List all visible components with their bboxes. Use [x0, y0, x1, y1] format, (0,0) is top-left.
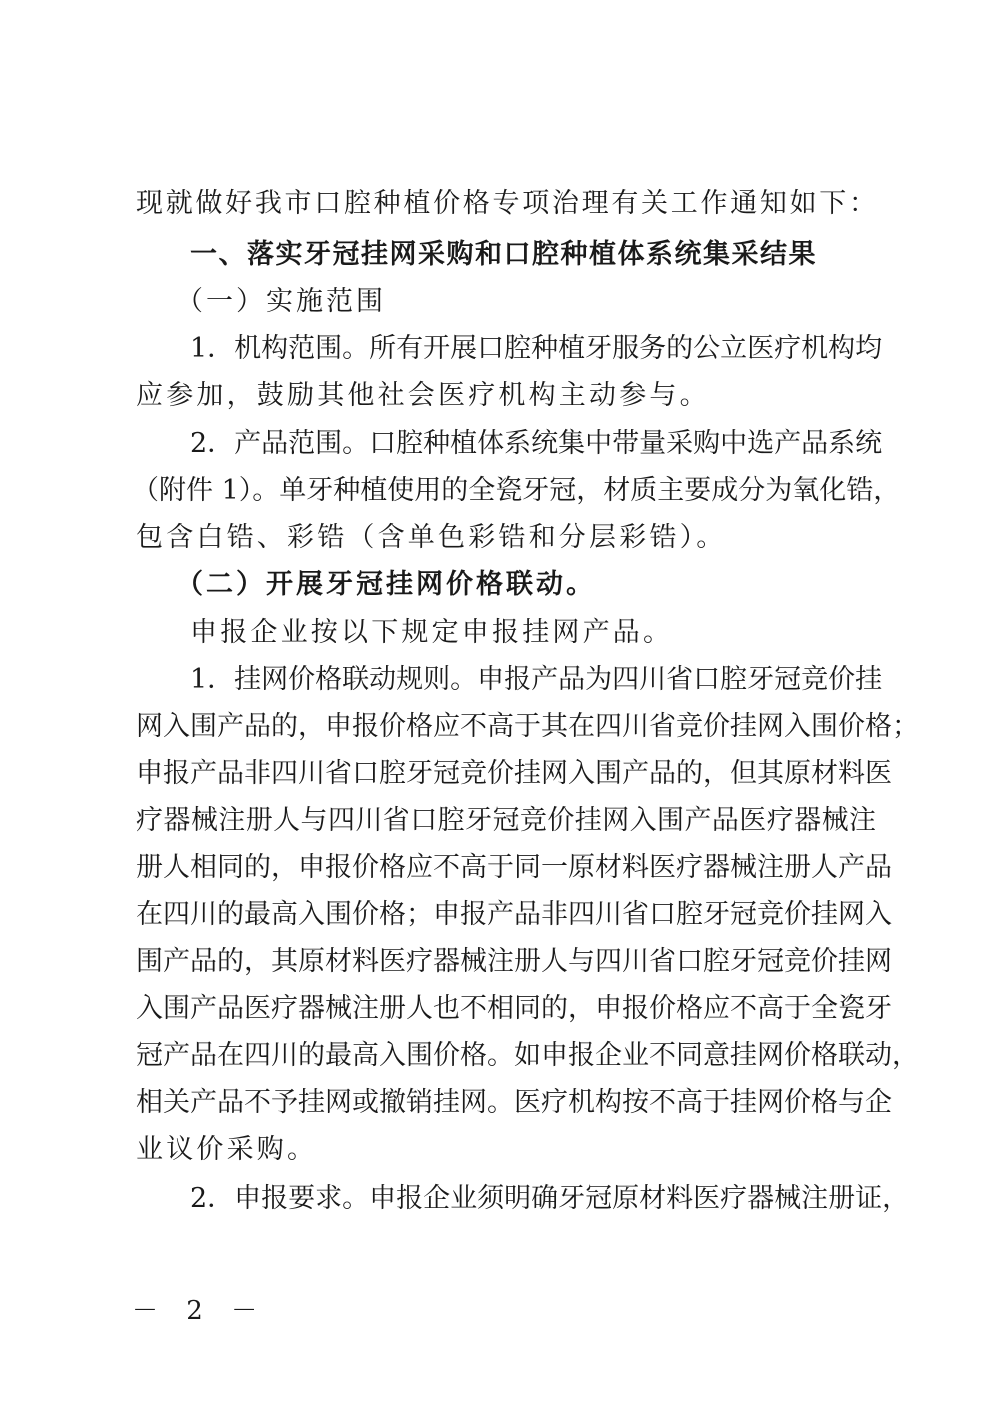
price-rule-line-9: 冠产品在四川的最高入围价格。如申报企业不同意挂网价格联动，: [136, 1037, 884, 1074]
intro-paragraph: 现就做好我市口腔种植价格专项治理有关工作通知如下：: [136, 185, 876, 222]
price-rule-line-8: 入围产品医疗器械注册人也不相同的，申报价格应不高于全瓷牙: [136, 990, 876, 1027]
product-scope-line-3: 包含白锆、彩锆（含单色彩锆和分层彩锆）。: [136, 519, 876, 556]
price-rule-line-5: 册人相同的，申报价格应不高于同一原材料医疗器械注册人产品: [136, 849, 876, 886]
product-scope-line-2: （附件 1）。单牙种植使用的全瓷牙冠，材质主要成分为氧化锆，: [132, 472, 880, 509]
declaration-intro: 申报企业按以下规定申报挂网产品。: [190, 614, 673, 651]
section-heading-1: 一、落实牙冠挂网采购和口腔种植体系统集采结果: [190, 236, 817, 273]
price-rule-line-4: 疗器械注册人与四川省口腔牙冠竞价挂网入围产品医疗器械注: [136, 802, 876, 839]
institution-scope-line-2: 应参加，鼓励其他社会医疗机构主动参与。: [136, 377, 876, 414]
price-rule-line-11: 业议价采购。: [136, 1131, 876, 1168]
document-page: 现就做好我市口腔种植价格专项治理有关工作通知如下： 一、落实牙冠挂网采购和口腔种…: [0, 0, 1000, 1414]
page-number: － 2 －: [132, 1296, 267, 1326]
subsection-heading-price-linkage: （二）开展牙冠挂网价格联动。: [176, 566, 596, 603]
product-scope-line-1: 2．产品范围。口腔种植体系统集中带量采购中选产品系统: [190, 425, 876, 462]
institution-scope-line-1: 1．机构范围。所有开展口腔种植牙服务的公立医疗机构均: [190, 330, 876, 367]
subsection-heading-scope: （一）实施范围: [176, 283, 386, 320]
price-rule-line-1: 1．挂网价格联动规则。申报产品为四川省口腔牙冠竞价挂: [190, 661, 876, 698]
price-rule-line-7: 围产品的，其原材料医疗器械注册人与四川省口腔牙冠竞价挂网: [136, 943, 876, 980]
price-rule-line-6: 在四川的最高入围价格；申报产品非四川省口腔牙冠竞价挂网入: [136, 896, 876, 933]
declaration-requirements-line-1: 2．申报要求。申报企业须明确牙冠原材料医疗器械注册证，: [190, 1180, 880, 1217]
price-rule-line-2: 网入围产品的，申报价格应不高于其在四川省竞价挂网入围价格；: [136, 708, 884, 745]
price-rule-line-3: 申报产品非四川省口腔牙冠竞价挂网入围产品的，但其原材料医: [136, 755, 876, 792]
price-rule-line-10: 相关产品不予挂网或撤销挂网。医疗机构按不高于挂网价格与企: [136, 1084, 876, 1121]
